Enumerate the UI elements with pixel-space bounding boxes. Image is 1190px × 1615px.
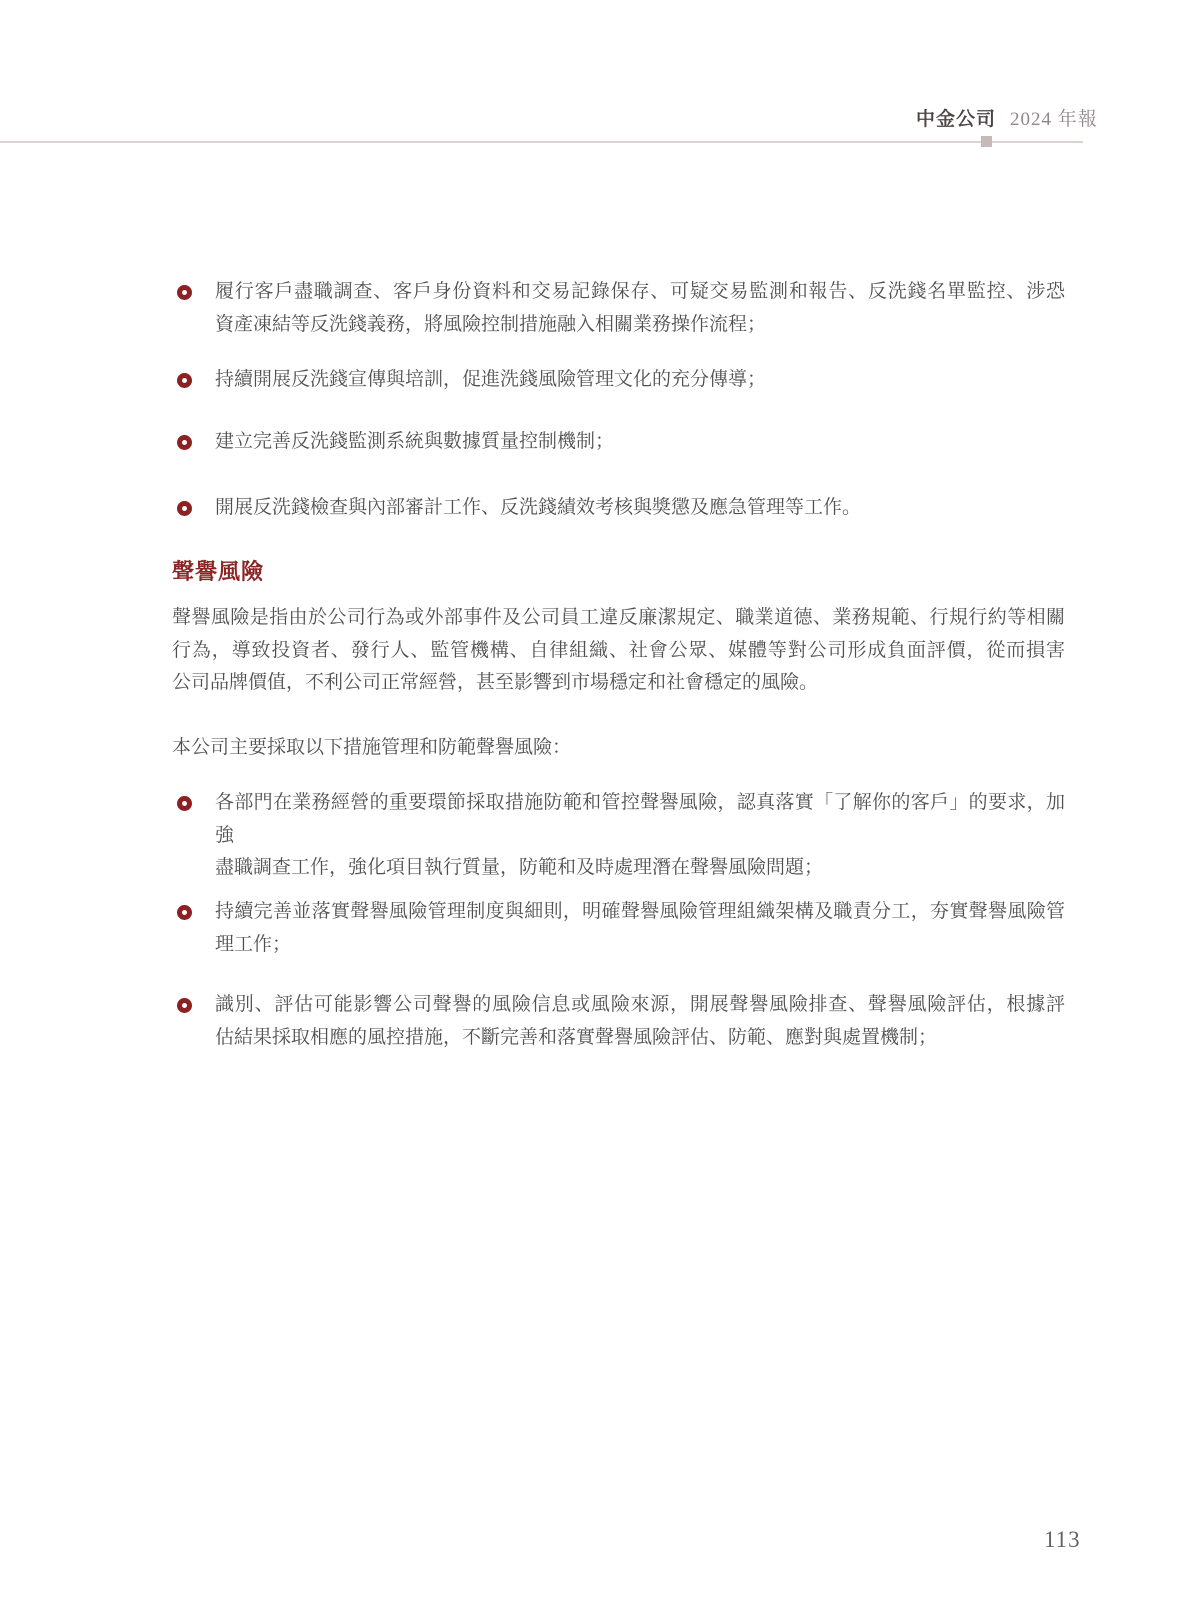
- text-line: 持續開展反洗錢宣傳與培訓，促進洗錢風險管理文化的充分傳導；: [215, 364, 1065, 397]
- list-item: 持續完善並落實聲譽風險管理制度與細則，明確聲譽風險管理組織架構及職責分工，夯實聲…: [172, 896, 1065, 961]
- bullet-text: 建立完善反洗錢監測系統與數據質量控制機制；: [215, 426, 1065, 459]
- bullet-text: 各部門在業務經營的重要環節採取措施防範和管控聲譽風險，認真落實「了解你的客戶」的…: [215, 787, 1065, 885]
- header-company-name: 中金公司: [916, 108, 996, 132]
- text-line: 持續完善並落實聲譽風險管理制度與細則，明確聲譽風險管理組織架構及職責分工，夯實聲…: [215, 896, 1065, 929]
- text-line: 各部門在業務經營的重要環節採取措施防範和管控聲譽風險，認真落實「了解你的客戶」的…: [215, 787, 1065, 852]
- section-heading: 聲譽風險: [172, 558, 264, 586]
- text-line: 理工作；: [215, 929, 1065, 962]
- bullet-text: 持續完善並落實聲譽風險管理制度與細則，明確聲譽風險管理組織架構及職責分工，夯實聲…: [215, 896, 1065, 961]
- bullet-ring-icon: [177, 501, 192, 516]
- bullet-ring-icon: [177, 998, 192, 1013]
- text-line: 建立完善反洗錢監測系統與數據質量控制機制；: [215, 426, 1065, 459]
- list-item: 履行客戶盡職調查、客戶身份資料和交易記錄保存、可疑交易監測和報告、反洗錢名單監控…: [172, 276, 1065, 341]
- text-line: 估結果採取相應的風控措施，不斷完善和落實聲譽風險評估、防範、應對與處置機制；: [215, 1022, 1065, 1055]
- list-item: 各部門在業務經營的重要環節採取措施防範和管控聲譽風險，認真落實「了解你的客戶」的…: [172, 787, 1065, 885]
- paragraph: 本公司主要採取以下措施管理和防範聲譽風險：: [172, 732, 1065, 765]
- list-item: 識別、評估可能影響公司聲譽的風險信息或風險來源，開展聲譽風險排查、聲譽風險評估，…: [172, 989, 1065, 1054]
- text-line: 履行客戶盡職調查、客戶身份資料和交易記錄保存、可疑交易監測和報告、反洗錢名單監控…: [215, 276, 1065, 309]
- paragraph: 聲譽風險是指由於公司行為或外部事件及公司員工違反廉潔規定、職業道德、業務規範、行…: [172, 602, 1065, 700]
- header-report-edition: 2024 年報: [1010, 108, 1098, 132]
- bullet-ring-icon: [177, 373, 192, 388]
- header-rule-line: [0, 141, 1083, 143]
- bullet-ring-icon: [177, 796, 192, 811]
- bullet-ring-icon: [177, 905, 192, 920]
- text-line: 資產凍結等反洗錢義務，將風險控制措施融入相關業務操作流程；: [215, 309, 1065, 342]
- list-item: 開展反洗錢檢查與內部審計工作、反洗錢績效考核與獎懲及應急管理等工作。: [172, 492, 1065, 525]
- list-item: 持續開展反洗錢宣傳與培訓，促進洗錢風險管理文化的充分傳導；: [172, 364, 1065, 397]
- page-number: 113: [1044, 1527, 1081, 1553]
- text-line: 公司品牌價值，不利公司正常經營，甚至影響到市場穩定和社會穩定的風險。: [172, 667, 1065, 700]
- text-line: 盡職調查工作，強化項目執行質量，防範和及時處理潛在聲譽風險問題；: [215, 852, 1065, 885]
- bullet-ring-icon: [177, 285, 192, 300]
- header-rule-marker: [981, 136, 992, 147]
- text-line: 行為，導致投資者、發行人、監管機構、自律組織、社會公眾、媒體等對公司形成負面評價…: [172, 635, 1065, 668]
- bullet-ring-icon: [177, 435, 192, 450]
- text-line: 開展反洗錢檢查與內部審計工作、反洗錢績效考核與獎懲及應急管理等工作。: [215, 492, 1065, 525]
- text-line: 聲譽風險是指由於公司行為或外部事件及公司員工違反廉潔規定、職業道德、業務規範、行…: [172, 602, 1065, 635]
- text-line: 識別、評估可能影響公司聲譽的風險信息或風險來源，開展聲譽風險排查、聲譽風險評估，…: [215, 989, 1065, 1022]
- bullet-text: 履行客戶盡職調查、客戶身份資料和交易記錄保存、可疑交易監測和報告、反洗錢名單監控…: [215, 276, 1065, 341]
- page-header: 中金公司 2024 年報: [916, 108, 1098, 132]
- report-page: 中金公司 2024 年報 履行客戶盡職調查、客戶身份資料和交易記錄保存、可疑交易…: [0, 0, 1190, 1615]
- text-line: 本公司主要採取以下措施管理和防範聲譽風險：: [172, 732, 1065, 765]
- bullet-text: 識別、評估可能影響公司聲譽的風險信息或風險來源，開展聲譽風險排查、聲譽風險評估，…: [215, 989, 1065, 1054]
- bullet-text: 持續開展反洗錢宣傳與培訓，促進洗錢風險管理文化的充分傳導；: [215, 364, 1065, 397]
- bullet-text: 開展反洗錢檢查與內部審計工作、反洗錢績效考核與獎懲及應急管理等工作。: [215, 492, 1065, 525]
- list-item: 建立完善反洗錢監測系統與數據質量控制機制；: [172, 426, 1065, 459]
